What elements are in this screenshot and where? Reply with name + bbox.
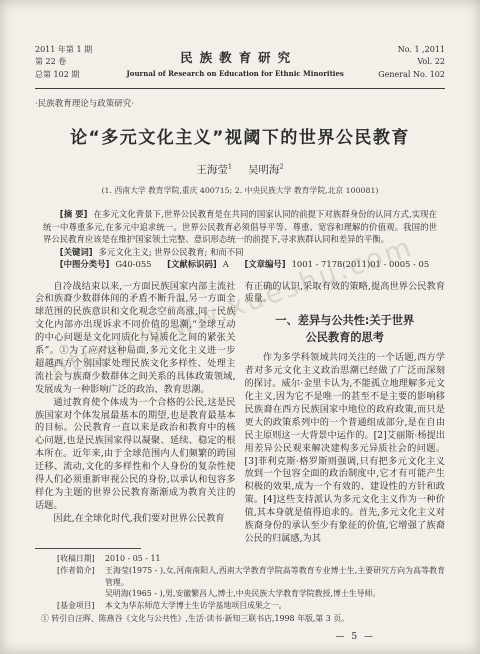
paragraph-continuation: 有正确的认识,采取有效的策略,提高世界公民教育质量。: [245, 281, 446, 307]
abstract-text: 在多元文化背景下,世界公民教育是在共同的国家认同的前提下对族群身份的认同方式,实…: [43, 209, 437, 244]
received-date-row: [收稿日期] 2010 - 05 - 11: [57, 553, 445, 565]
journal-masthead: 民族教育研究 Journal of Research on Education …: [92, 48, 378, 78]
paragraph: 自冷战结束以来,一方面民族国家内部主流社会和族裔少数群体间的矛盾不断升温,另一方…: [35, 281, 236, 397]
author-bio-1: 王海莹(1975 - ),女,河南南阳人,西南大学教育学院高等教育专业博士生,主…: [105, 565, 445, 589]
journal-subtitle: Journal of Research on Education for Eth…: [92, 69, 378, 78]
journal-title: 民族教育研究: [92, 48, 378, 66]
classification-line: [中图分类号]G40-055 [文献标识码]A [文章编号]1001 - 717…: [43, 258, 437, 270]
section-heading-line-1: 一、差异与公共性:关于世界: [245, 313, 446, 330]
issue-info-en: No. 1 ,2011 Vol. 22 General No. 102: [378, 44, 445, 81]
fund-project-label: [基金项目]: [57, 600, 105, 612]
issue-year-en: No. 1 ,2011: [378, 44, 445, 56]
body-column-right: 有正确的认识,采取有效的策略,提高世界公民教育质量。 一、差异与公共性:关于世界…: [245, 281, 446, 546]
author-bio-row-2: 吴明海(1965 - ),男,安徽繁昌人,博士,中央民族大学教育学院教授,博士生…: [57, 588, 445, 600]
clc-label: [中图分类号]: [60, 259, 110, 269]
article-body: 自冷战结束以来,一方面民族国家内部主流社会和族裔少数群体间的矛盾不断升温,另一方…: [35, 281, 445, 546]
author-name-2: 吴明海: [248, 164, 280, 176]
footnote-area: [收稿日期] 2010 - 05 - 11 [作者简介] 王海莹(1975 - …: [35, 548, 445, 625]
section-heading-line-2: 公民教育的思考: [245, 330, 446, 347]
author-bio-row: [作者简介] 王海莹(1975 - ),女,河南南阳人,西南大学教育学院高等教育…: [57, 565, 445, 589]
article-id-label: [文章编号]: [244, 259, 285, 269]
issue-year-cn: 2011 年第 1 期: [35, 44, 92, 56]
author-bio-2: 吴明海(1965 - ),男,安徽繁昌人,博士,中央民族大学教育学院教授,博士生…: [105, 588, 445, 600]
received-date-value: 2010 - 05 - 11: [105, 553, 445, 565]
journal-header: 2011 年第 1 期 第 22 卷 总第 102 期 民族教育研究 Journ…: [35, 44, 445, 81]
clc-value: G40-055: [115, 259, 151, 269]
fund-project-row: [基金项目] 本文为华东师范大学博士生访学基地项目成果之一。: [57, 600, 445, 612]
general-number-cn: 总第 102 期: [35, 69, 92, 81]
keywords-label: [关键词]: [60, 247, 93, 257]
article-id-value: 1001 - 7178(2011)01 - 0005 - 05: [292, 259, 430, 269]
footnote-divider: [35, 548, 141, 549]
footnote-1: ① 转引自汪晖、陈燕谷《文化与公共性》,生活·读书·新知三联书店,1998 年版…: [41, 613, 445, 625]
section-label: ·民族教育理论与政策研究·: [35, 97, 445, 109]
paragraph: 因此,在全球化时代,我们要对世界公民教育: [35, 513, 236, 526]
author-bio-label-spacer: [57, 588, 105, 600]
received-date-label: [收稿日期]: [57, 553, 105, 565]
header-divider: [35, 88, 445, 89]
paragraph: 通过教育使个体成为一个合格的公民,这是民族国家对个体发展最基本的期望,也是教育最…: [35, 397, 236, 513]
keywords-text: 多元文化主义; 世界公民教育; 和而不同: [99, 247, 244, 257]
author-superscript-2: 2: [280, 163, 284, 171]
fund-project-value: 本文为华东师范大学博士生访学基地项目成果之一。: [105, 600, 445, 612]
doc-code-label: [文献标识码]: [167, 259, 217, 269]
abstract-block: [摘 要]在多元文化背景下,世界公民教育是在共同的国家认同的前提下对族群身份的认…: [35, 208, 445, 270]
author-superscript-1: 1: [228, 163, 232, 171]
doc-code-value: A: [223, 259, 229, 269]
body-column-left: 自冷战结束以来,一方面民族国家内部主流社会和族裔少数群体间的矛盾不断升温,另一方…: [35, 281, 236, 546]
section-heading: 一、差异与公共性:关于世界 公民教育的思考: [245, 313, 446, 346]
keywords-line: [关键词]多元文化主义; 世界公民教育; 和而不同: [43, 246, 437, 258]
journal-page: http://www.xueshu.com 2011 年第 1 期 第 22 卷…: [0, 0, 480, 654]
affiliation: (1. 西南大学 教育学院,重庆 400715; 2. 中央民族大学 教育学院,…: [35, 185, 445, 196]
author-bio-label: [作者简介]: [57, 565, 105, 589]
page-number: — 5 —: [35, 632, 445, 642]
paragraph: 作为多学科领域共同关注的一个话题,西方学者对多元文化主义政治思潮已经做了广泛而深…: [245, 352, 446, 546]
volume-cn: 第 22 卷: [35, 56, 92, 68]
author-name-1: 王海莹: [196, 164, 228, 176]
volume-en: Vol. 22: [378, 56, 445, 68]
article-title: 论“多元文化主义”视阈下的世界公民教育: [35, 123, 445, 148]
abstract-label: [摘 要]: [60, 209, 88, 219]
general-number-en: General No. 102: [378, 69, 445, 81]
abstract-paragraph: [摘 要]在多元文化背景下,世界公民教育是在共同的国家认同的前提下对族群身份的认…: [43, 208, 437, 245]
author-line: 王海莹1吴明海2: [35, 162, 445, 177]
issue-info-cn: 2011 年第 1 期 第 22 卷 总第 102 期: [35, 44, 92, 81]
